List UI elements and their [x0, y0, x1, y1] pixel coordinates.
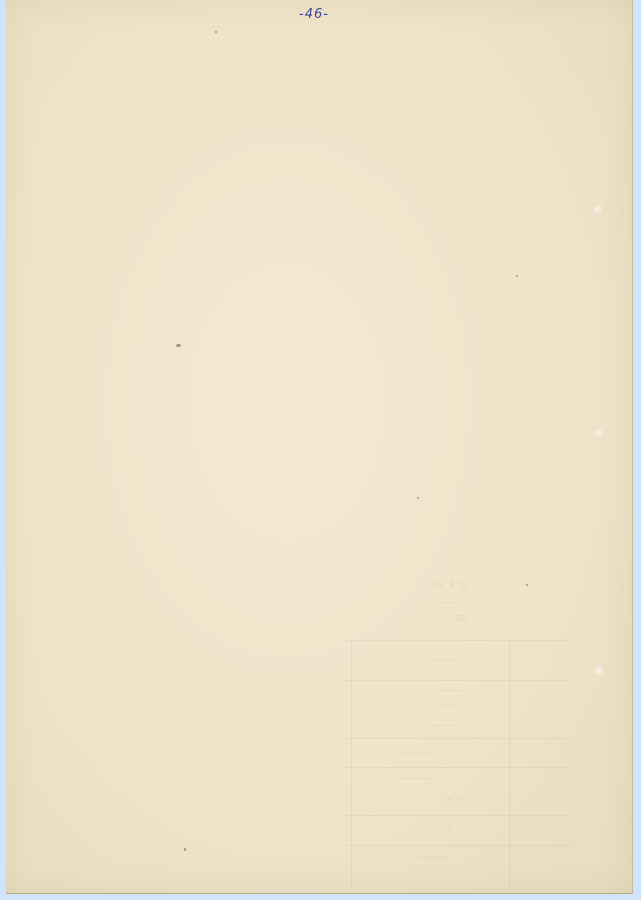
- bleed-text: —————: [416, 852, 446, 863]
- page-number: -46-: [299, 7, 329, 22]
- document-page: -46- 30 R’s ———— BB ———— ————— ———— ————…: [6, 0, 633, 894]
- punch-hole: [593, 426, 604, 439]
- bleed-text: —————: [436, 685, 466, 696]
- bleed-text: ” ”: [446, 797, 464, 808]
- speck: [516, 275, 518, 277]
- bleed-text: ——————: [396, 773, 432, 784]
- bleed-text: ————: [436, 597, 460, 608]
- speck: [184, 848, 186, 851]
- bleed-text: ” ”: [446, 825, 464, 836]
- bleed-text: ————: [436, 700, 460, 711]
- punch-hole: [593, 664, 604, 677]
- bleed-text: ——————: [396, 748, 432, 759]
- bleed-text: —————: [431, 720, 461, 731]
- speck: [176, 344, 181, 347]
- speck: [417, 497, 419, 499]
- bleed-text: ————: [431, 655, 455, 666]
- punch-hole: [592, 203, 603, 216]
- bleed-text: BB: [456, 614, 468, 625]
- speck: [526, 584, 528, 586]
- bleed-text: 30 R’s: [431, 580, 467, 591]
- speck: [215, 31, 217, 33]
